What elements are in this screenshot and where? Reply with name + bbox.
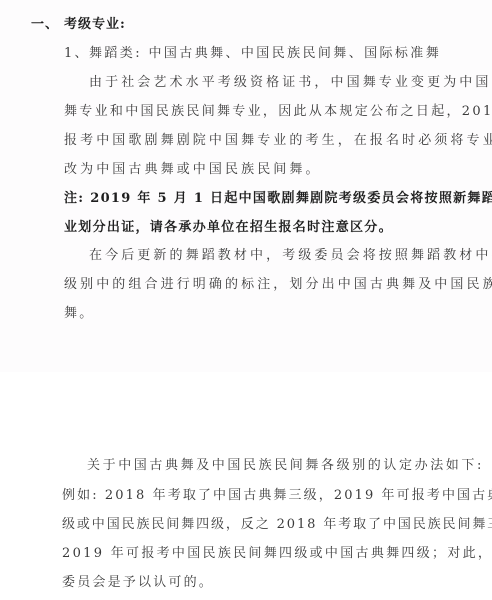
paragraph-line: 级或中国民族民间舞四级，反之 2018 年考取了中国民族民间舞三级， xyxy=(62,517,492,533)
paragraph-line: 报考中国歌剧舞剧院中国舞专业的考生，在报名时必须将专业划分 xyxy=(64,133,492,149)
item-text: 舞蹈类: 中国古典舞、中国民族民间舞、国际标准舞 xyxy=(89,46,441,62)
paragraph-line: 改为中国古典舞或中国民族民间舞。 xyxy=(64,162,322,178)
section-number: 一、 xyxy=(31,17,59,33)
note-line: 注: 2019 年 5 月 1 日起中国歌剧舞剧院考级委员会将按照新舞蹈专 xyxy=(64,191,492,207)
note-line: 业划分出证，请各承办单位在招生报名时注意区分。 xyxy=(64,220,393,236)
paragraph-line: 2019 年可报考中国民族民间舞四级或中国古典舞四级；对此，考级 xyxy=(62,546,492,562)
paragraph-line: 由于社会艺术水平考级资格证书，中国舞专业变更为中国古典 xyxy=(89,75,492,91)
paragraph-line: 在今后更新的舞蹈教材中，考级委员会将按照舞蹈教材中各个 xyxy=(89,248,492,264)
document-page-bottom: 关于中国古典舞及中国民族民间舞各级别的认定办法如下: 例如: 2018 年考取了… xyxy=(0,372,492,600)
paragraph-line: 关于中国古典舞及中国民族民间舞各级别的认定办法如下: xyxy=(87,458,484,474)
item-number: 1、 xyxy=(64,46,90,62)
paragraph-line: 例如: 2018 年考取了中国古典舞三级，2019 年可报考中国古典舞四 xyxy=(62,488,492,504)
paragraph-line: 舞。 xyxy=(64,306,94,322)
paragraph-line: 委员会是予以认可的。 xyxy=(62,575,214,591)
paragraph-line: 舞专业和中国民族民间舞专业，因此从本规定公布之日起，2019 年 xyxy=(64,104,492,120)
document-page-top: 一、 考级专业: 1、 舞蹈类: 中国古典舞、中国民族民间舞、国际标准舞 由于社… xyxy=(0,0,492,372)
section-title: 考级专业: xyxy=(64,17,126,33)
paragraph-line: 级别中的组合进行明确的标注，划分出中国古典舞及中国民族民间 xyxy=(64,277,492,293)
